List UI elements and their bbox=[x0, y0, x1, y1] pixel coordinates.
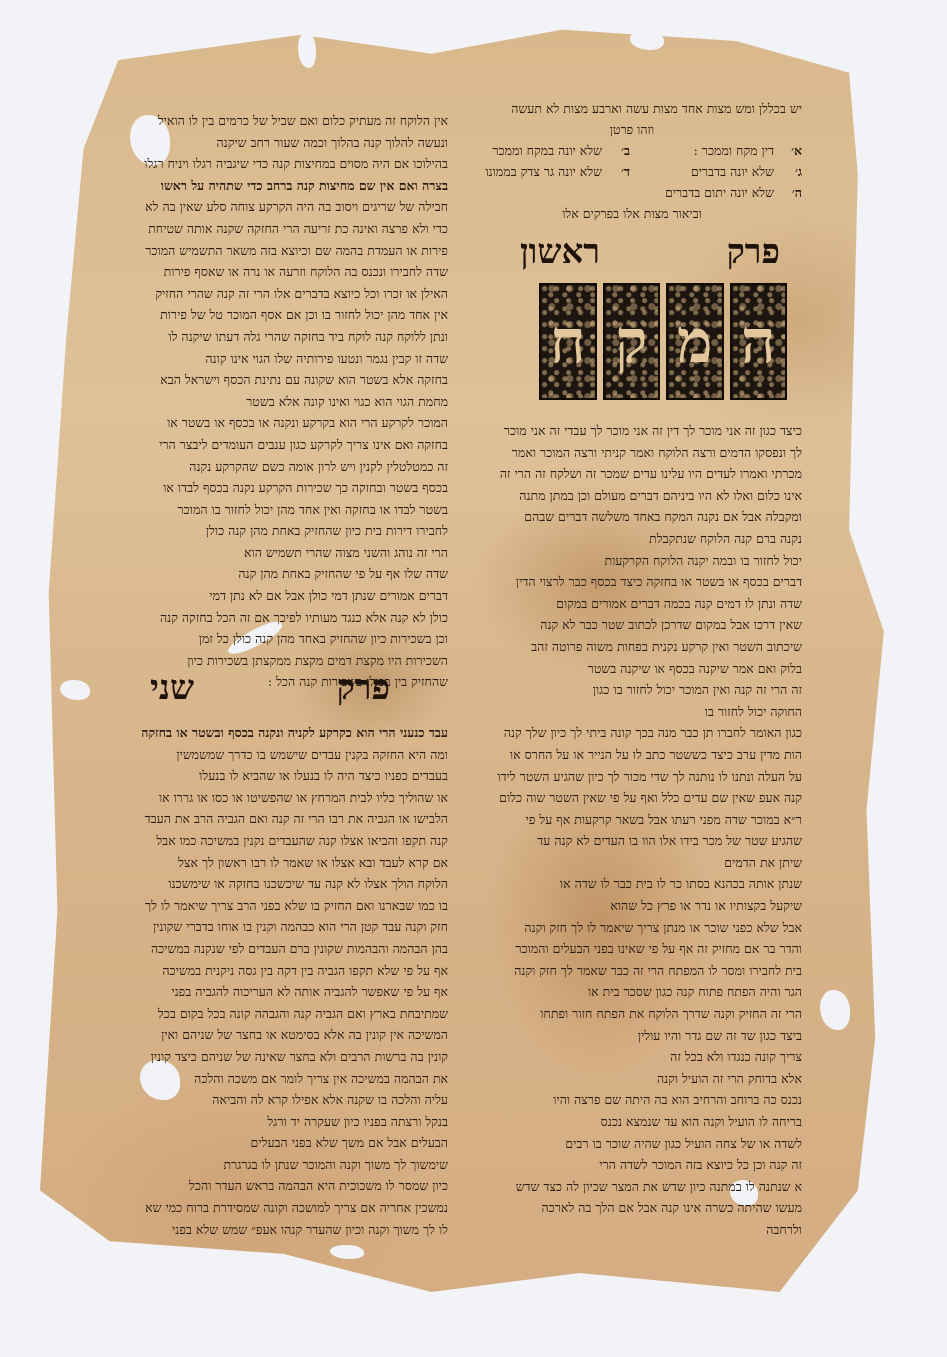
text-line: בצרה ואם אין שם מחיצות קנה ברחב כדי שתהי… bbox=[98, 175, 448, 197]
text-line: זה כמטלטלין לקנין ויש לרון אומה כשם שהקר… bbox=[98, 456, 448, 478]
text-line: בית לחבירו ומסר לו המפתח הרי זה כבר שאמר… bbox=[462, 960, 802, 982]
text-line: צריך קונה כנגדו ולא בכל זה bbox=[462, 1046, 802, 1068]
text-line: בו כמו שבארנו ואם החזיק בו שלא בפני הרב … bbox=[98, 895, 448, 917]
text-line: אינו כלום ואלו לא היו ביניהם דברים מעולם… bbox=[462, 485, 802, 507]
list-item: שלא יונה יתום בדברים bbox=[634, 182, 774, 203]
chapter-word: פרק bbox=[337, 668, 390, 708]
text-line: בהילוכו אם היה מסוים במחיצות קנה כדי שיג… bbox=[98, 153, 448, 175]
text-line: כיון שמסר לו משכוכית היא הבהמה בראש העדר… bbox=[98, 1175, 448, 1197]
text-line: שנתן אותה בכהנא בסתו כר לו בית כבר לו שד… bbox=[462, 873, 802, 895]
paper-hole bbox=[298, 32, 316, 68]
text-line: ונעשה להלוך קנה בהלוך וכמה שעור רחב שיקנ… bbox=[98, 132, 448, 154]
text-line: ביצד כגון שד זה שם גדר והיו עולין bbox=[462, 1025, 802, 1047]
text-line: מחמת הגוי הוא כגוי ואינו קונה אלא בשטר bbox=[98, 391, 448, 413]
chapter-word: פרק bbox=[727, 232, 780, 272]
text-line: זה קנה וכן כל כיוצא בזה המוכר לשדה הרי bbox=[462, 1154, 802, 1176]
text-line: שימשוך לך משוך וקנה והמוכר שנתן לו בגרגר… bbox=[98, 1154, 448, 1176]
list-number: א׳ bbox=[778, 140, 802, 161]
text-line: שיכתוב השטר ואין קרקע נקנית בפחות משוה פ… bbox=[462, 636, 802, 658]
text-line: בהן הבהמה והבהמות שקונין ברם העבדים לפי … bbox=[98, 938, 448, 960]
text-line: הלבישו או הגביה את רבו הרי זה קנה ואם הג… bbox=[98, 808, 448, 830]
list-item: שלא יונה בדברים bbox=[634, 161, 774, 182]
text-line: חבילה של שריגים ויסוב בה היה הקרקע צוחה … bbox=[98, 196, 448, 218]
text-line: לו לך משוך וקנה וכיון שהעדר קנהו אעפ״ שמ… bbox=[98, 1219, 448, 1241]
list-number: ה׳ bbox=[778, 182, 802, 203]
list-number: ג׳ bbox=[778, 161, 802, 182]
text-line: אין הלוקח זה מעתיק כלום ואם שביל של כרמי… bbox=[98, 110, 448, 132]
woodcut-letter: מ bbox=[666, 283, 724, 400]
text-line: פירות או העמדת בהמה שם וכיוצא בזה משאר ה… bbox=[98, 240, 448, 262]
text-line: בחזקה אלא בשטר הוא שקונה עם נתינת הכסף ו… bbox=[98, 369, 448, 391]
text-line: שמתיבחת בארץ ואם הגביה קנה והגבהה קונה ב… bbox=[98, 1003, 448, 1025]
commandment-list: א׳ דין מקח וממכר : ב׳ שלא יונה במקח וממכ… bbox=[462, 140, 802, 203]
text-line: כגון האומר לחברו תן כבר מנה בכך קונה בית… bbox=[462, 722, 802, 744]
text-line: בכסף בשטר ובחזקה כך שכירות הקרקע נקנה בכ… bbox=[98, 477, 448, 499]
text-line: שאין דרכו אבל במקום שדרכן לכתוב שטר כבר … bbox=[462, 614, 802, 636]
text-line: את הבהמה במשיכה אין צריך לומר אם משכה וה… bbox=[98, 1068, 448, 1090]
text-line: הות מדין ערב כיצד כששטר כתב לו על הנייר … bbox=[462, 744, 802, 766]
woodcut-letter: ח bbox=[539, 283, 597, 400]
text-line: ר״א במוכר שדה מפני רעתו אבל בשאר קרקעות … bbox=[462, 809, 802, 831]
text-line: בשטר לבדו או בחזקה ואין אחד מהן יכול לחז… bbox=[98, 499, 448, 521]
text-line: שיתן את הדמים bbox=[462, 852, 802, 874]
intro-subtitle: וזהו פרטן bbox=[462, 119, 802, 140]
list-item: דין מקח וממכר : bbox=[634, 140, 774, 161]
text-line: ולרחבה bbox=[462, 1219, 802, 1241]
text-line: כולן לא קנה אלא כנגד מעותיו לפיכך אם זה … bbox=[98, 607, 448, 629]
right-column-text: כיצד כגון זה אני מוכר לך דין זה אני מוכר… bbox=[462, 420, 802, 1241]
text-line: הלוקח הולך אצלו לא קנה עד שיכשכנו בחזקה … bbox=[98, 873, 448, 895]
chapter-summary-header: יש בכללן ומש מצות אחד מצות עשה וארבע מצו… bbox=[462, 98, 802, 224]
chapter-one-heading: פרק ראשון bbox=[520, 232, 780, 272]
text-line: קונין בה ברשות הרבים ולא בחצר שאינה של ש… bbox=[98, 1046, 448, 1068]
text-line: שיקעל בקצותיו או נדר או פרץ כל שהוא bbox=[462, 895, 802, 917]
text-line: אין אחד מהן יכול לחזור בו וכן אם אסף המו… bbox=[98, 304, 448, 326]
text-line: על העלה ונתנו לו נותנה לך שדי מכור לך כי… bbox=[462, 766, 802, 788]
text-line: נמשכין אחריה אם צריך למושכה וקונה שמסידר… bbox=[98, 1197, 448, 1219]
text-line: בעבדים כפניו כיצד היה לו בנעלו או שהביא … bbox=[98, 765, 448, 787]
text-line: אף על פי שאפשר להגביה אותה לא העריכוה לה… bbox=[98, 981, 448, 1003]
list-item: שלא יונה במקח וממכר bbox=[462, 140, 602, 161]
decorated-initial-word: ה מ ק ח bbox=[539, 283, 787, 400]
text-line: חזק וקנה עבד קטן הרי הוא כבהמה וקנין בו … bbox=[98, 916, 448, 938]
woodcut-letter: ה bbox=[730, 283, 788, 400]
text-line: בחזקה ואם אינו צריך לקרקע כגון ענבים העו… bbox=[98, 434, 448, 456]
paper-hole bbox=[870, 530, 920, 570]
text-line: הגר והיה הפתח פתוח קנה כגון שסכר בית או bbox=[462, 981, 802, 1003]
text-line: שהגיע שטר של מכר בידו אלו הוו בו העדים ל… bbox=[462, 830, 802, 852]
text-line: הבעלים אבל אם משך שלא בפני הבעלים bbox=[98, 1132, 448, 1154]
text-line: והדר בר אם מחזיק זה אף על פי שאינו בפני … bbox=[462, 938, 802, 960]
text-line: בלוק ואם אמר שיקנה בכסף או שיקנה בשטר bbox=[462, 658, 802, 680]
list-number: ד׳ bbox=[606, 161, 630, 182]
intro-line: יש בכללן ומש מצות אחד מצות עשה וארבע מצו… bbox=[462, 98, 802, 119]
text-line: אם קרא לעבד ובא אצלו או שאמר לו רבו ראשו… bbox=[98, 852, 448, 874]
text-line: או שהוליך כליו לבית המרחץ או שהפשיטו או … bbox=[98, 787, 448, 809]
text-line: נכנס כה ברוחב והרחיב הוא בה היתה שם פרצה… bbox=[462, 1089, 802, 1111]
chapter-two-heading: פרק שני bbox=[150, 668, 390, 708]
chapter-ordinal: ראשון bbox=[520, 232, 600, 272]
text-line: עליה והלכה בו שקנה אלא אפילו קרא לה והבי… bbox=[98, 1089, 448, 1111]
left-column-text-top: אין הלוקח זה מעתיק כלום ואם שביל של כרמי… bbox=[98, 110, 448, 693]
text-line: הרי זה נוהג והשני מצוה שהרי תשמיש הוא bbox=[98, 542, 448, 564]
text-line: ונתן ללוקח קנה לוקח ביד בחזקה שהרי גלה ד… bbox=[98, 326, 448, 348]
text-line: שדה שלו אף על פי שהחזיק באחת מהן קנה bbox=[98, 563, 448, 585]
text-line: הרי זה החזיק וקנה שדרך הלוקח את הפתח חזו… bbox=[462, 1003, 802, 1025]
text-line: כיצד כגון זה אני מוכר לך דין זה אני מוכר… bbox=[462, 420, 802, 442]
text-line: דברים אמורים שנתן דמי כולן אבל אם לא נתן… bbox=[98, 585, 448, 607]
left-column-text-bottom: עבד כנעני הרי הוא כקרקע לקניה ונקנה בכסף… bbox=[98, 722, 448, 1240]
text-line: יכול לחזור בו ובמה יקנה הלוקח הקרקעות bbox=[462, 550, 802, 572]
closing-line: וביאור מצות אלו בפרקים אלו bbox=[462, 203, 802, 224]
text-line: שדה לחבירו ונכנס בה הלוקח וזרעה או נרה א… bbox=[98, 261, 448, 283]
text-line: המוכר לקרקע הרי הוא בקרקע ונקנה או בכסף … bbox=[98, 412, 448, 434]
text-line: בריחה לו הועיל וקנה הוא עד שנמצא נכנס bbox=[462, 1111, 802, 1133]
text-line: מעשו שהיתה כשרה אינו קנה אבל אם הלך בה ל… bbox=[462, 1197, 802, 1219]
list-item: שלא יונה גר צדק בממונו bbox=[462, 161, 602, 182]
text-line: לך ונפסקו הדמים ורצה הלוקח ואמר קניתי ור… bbox=[462, 442, 802, 464]
text-line: וכן בשכירות כיון שהחזיק באחד מהן קנה כול… bbox=[98, 628, 448, 650]
text-line: א שנתנה לו במתנה כיון שדש את המצר שכיון … bbox=[462, 1176, 802, 1198]
text-line: ומה היא החזקה בקנין עבדים שישמש בו כדרך … bbox=[98, 744, 448, 766]
text-line: אבל שלא כפני שוכר או מנתן צריך שיאמר לו … bbox=[462, 917, 802, 939]
text-line: האילן או זכרו וכל כיוצא בדברים אלו הרי ז… bbox=[98, 283, 448, 305]
text-line: לחבירו דירות בית כיון שהחזיק באחת מהן קנ… bbox=[98, 520, 448, 542]
text-line: כדי ולא פרצה ואינה כת זריעה הרי החזקה שק… bbox=[98, 218, 448, 240]
text-line: בנקל ורצתה בפניו כיון שעקרה יד ורגל bbox=[98, 1111, 448, 1133]
chapter-ordinal: שני bbox=[150, 668, 194, 708]
text-line: שדה זו קבין נגמר ונטעו פירותיה שלו הגוי … bbox=[98, 348, 448, 370]
text-line: ומקבלה אבל אם נקנה המקח באחד משלשה דברים… bbox=[462, 506, 802, 528]
text-line: אלא בדוחק הרי זה הועיל וקנה bbox=[462, 1068, 802, 1090]
text-line: אף על פי שלא תקפו הגביה בין דקה בין גסה … bbox=[98, 960, 448, 982]
text-line: קנה אעפ שאין שם עדים כלל ואף על פי שאין … bbox=[462, 787, 802, 809]
text-line: דברים בכסף או בשטר או בחזקה כיצד בכסף כב… bbox=[462, 571, 802, 593]
text-line: המשיכה אין קונין בה אלא בסימטא או בחצר ש… bbox=[98, 1024, 448, 1046]
woodcut-letter: ק bbox=[603, 283, 661, 400]
text-line: קנה תקפו והביאו אצלו קנה שהעבדים נקנין ב… bbox=[98, 830, 448, 852]
text-line: החוקה יכול לחזור בו bbox=[462, 701, 802, 723]
text-line: מכרתי ואמרו לעדים היו עלינו עדים שמכר זה… bbox=[462, 463, 802, 485]
text-line: שדה ונתן לו דמים קנה בכמה דברים אמורים ב… bbox=[462, 593, 802, 615]
text-line: זה הרי זה קנה ואין המוכר יכול לחזור בו כ… bbox=[462, 679, 802, 701]
text-line: נקנה ברם קנה הלוקח שנתקבלת bbox=[462, 528, 802, 550]
text-line: עבד כנעני הרי הוא כקרקע לקניה ונקנה בכסף… bbox=[98, 722, 448, 744]
text-line: לשדה או של צחה הועיל כגון שהיה שוכר בו ר… bbox=[462, 1133, 802, 1155]
list-number: ב׳ bbox=[606, 140, 630, 161]
